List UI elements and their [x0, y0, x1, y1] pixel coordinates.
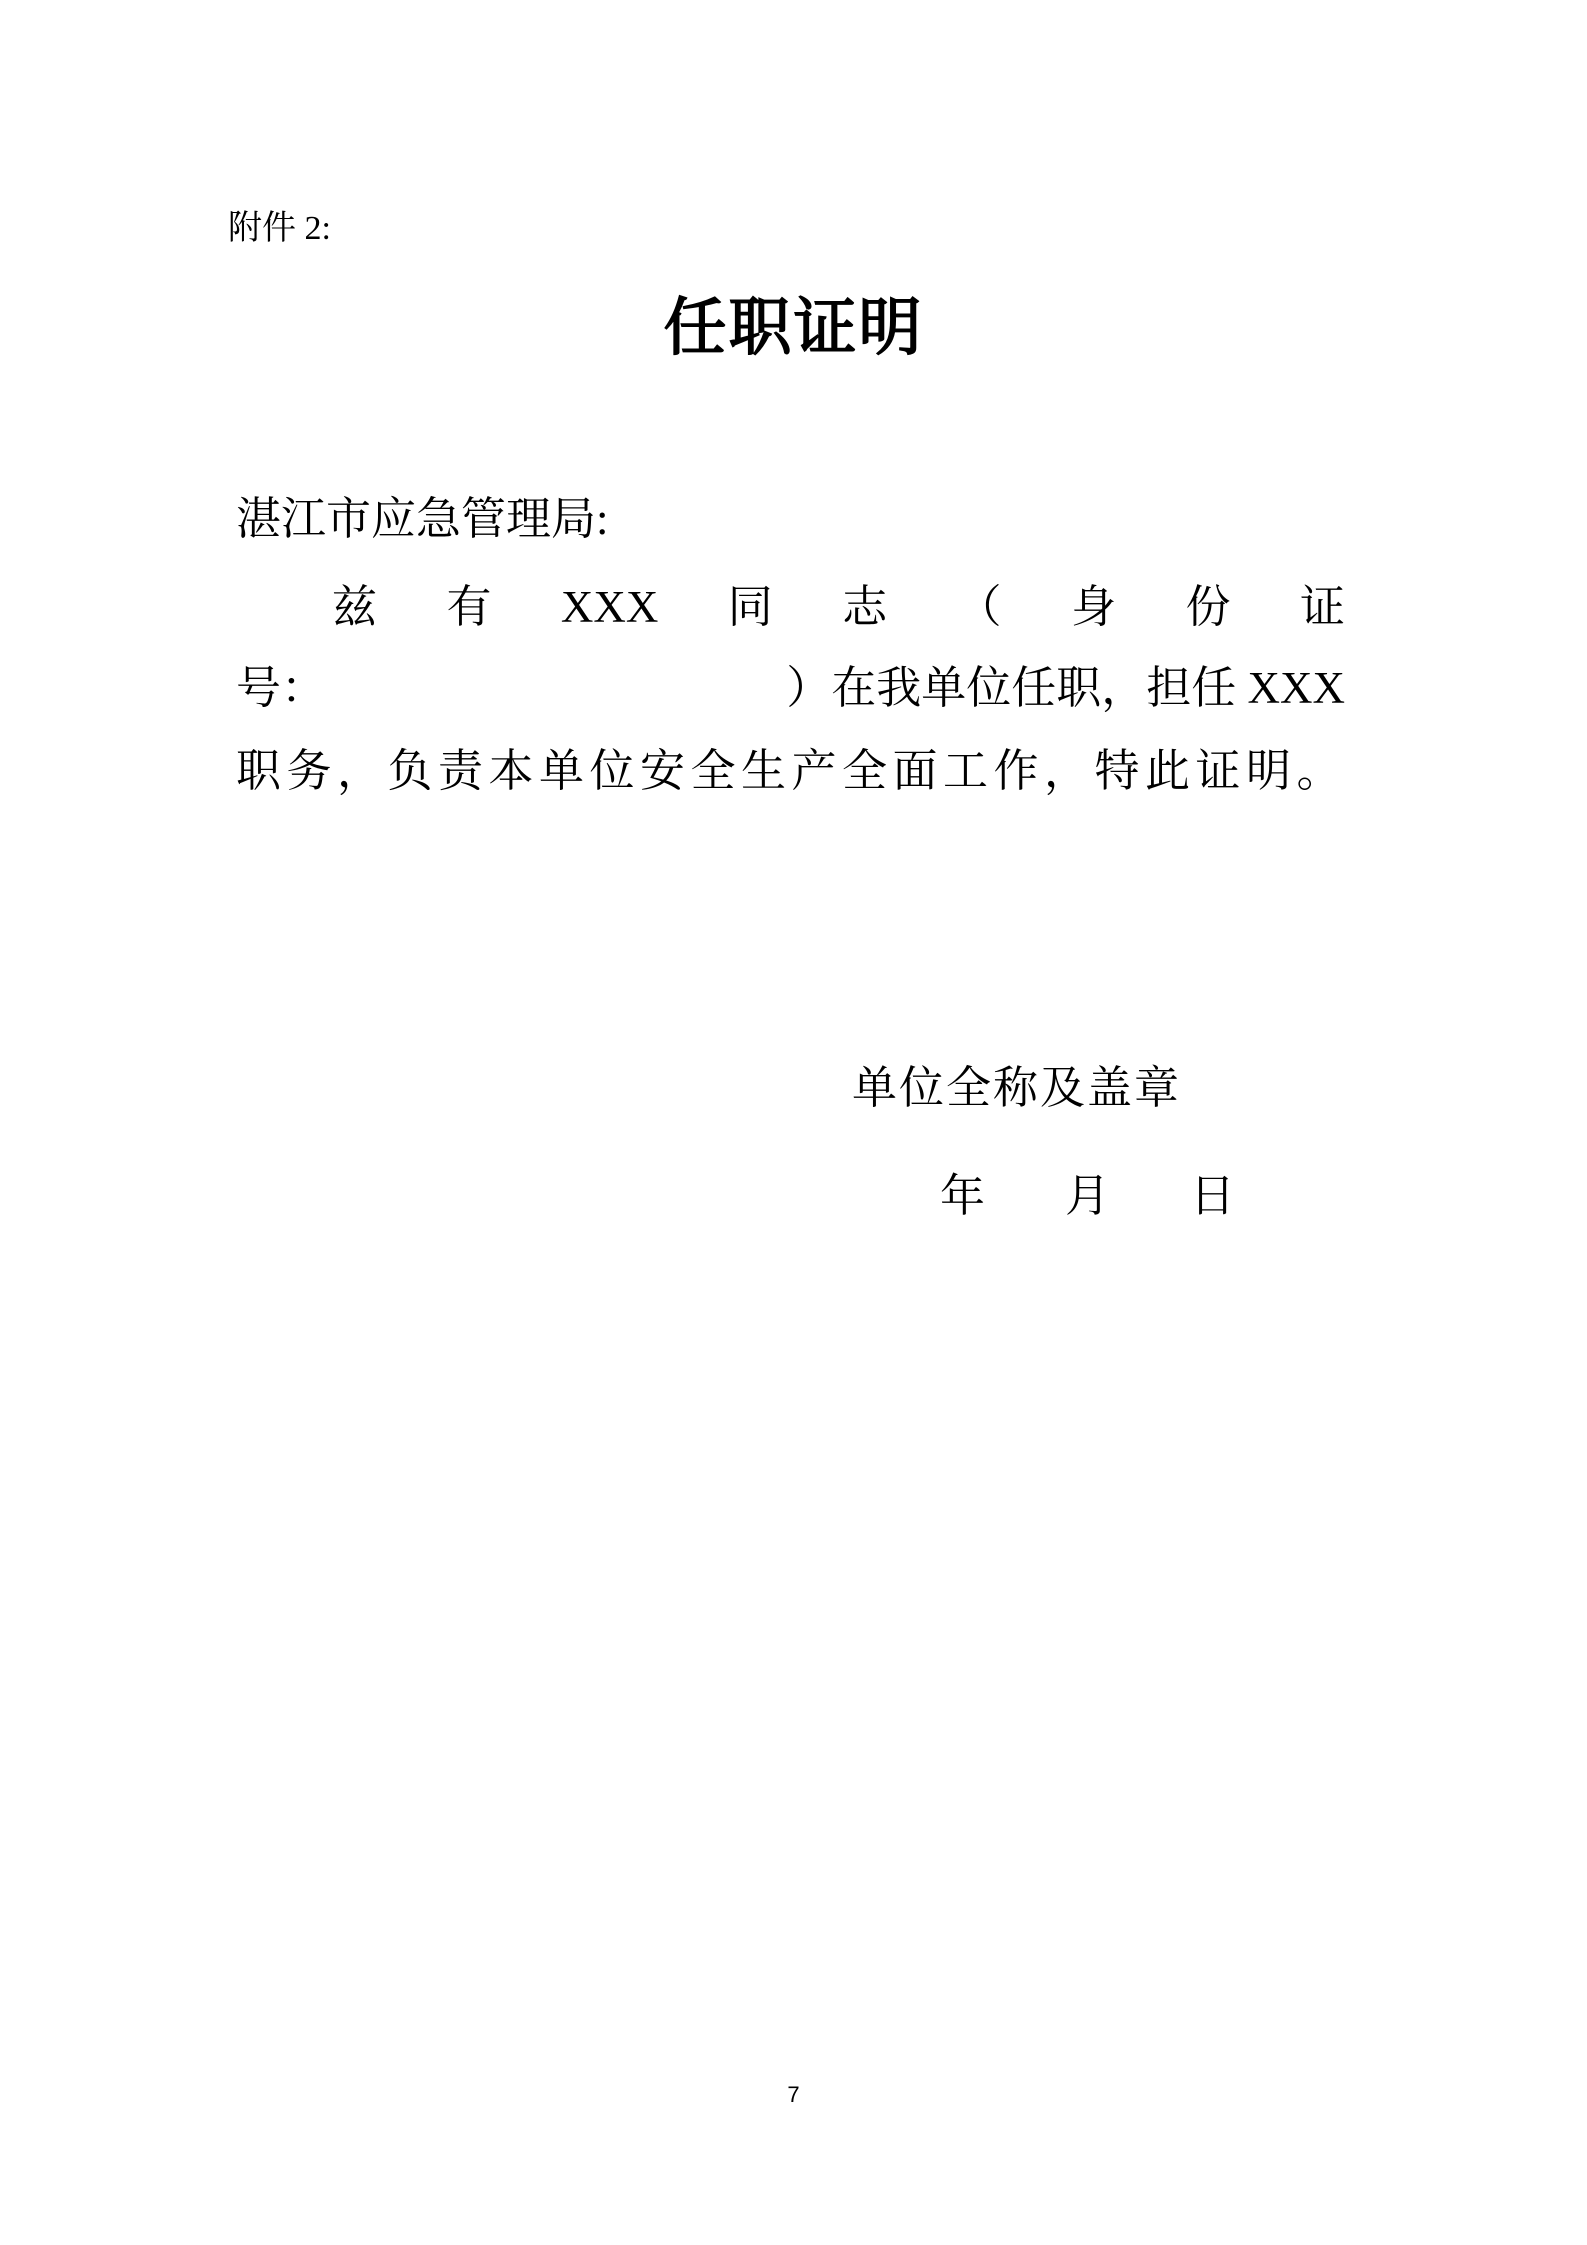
body-line-1-token: 志	[842, 585, 887, 630]
salutation-line: 湛江市应急管理局:	[236, 497, 609, 542]
document-page: 附件 2: 任职证明 湛江市应急管理局: 兹有XXX同志（身份证 号： ）在我单…	[0, 0, 1587, 2245]
date-token: 年	[940, 1174, 985, 1219]
body-line-1-token: （	[957, 585, 1002, 630]
body-line-1-token: 兹	[332, 585, 377, 630]
attachment-label: 附件 2:	[228, 212, 331, 246]
body-line-1: 兹有XXX同志（身份证	[332, 585, 1345, 630]
id-number-label: 号：	[236, 666, 326, 711]
body-line-1-token: 有	[446, 585, 491, 630]
body-line-1-token: 同	[728, 585, 773, 630]
body-line-2-continuation: ）在我单位任职，担任 XXX	[786, 666, 1345, 711]
body-line-1-token: XXX	[561, 585, 659, 630]
date-line: 年月日	[940, 1174, 1235, 1219]
page-title: 任职证明	[0, 297, 1587, 360]
body-line-2: 号： ）在我单位任职，担任 XXX	[236, 666, 1345, 711]
body-line-1-token: 证	[1300, 585, 1345, 630]
body-line-3: 职务，负责本单位安全生产全面工作，特此证明。	[236, 749, 1347, 794]
date-token: 日	[1190, 1174, 1235, 1219]
page-number: 7	[0, 2084, 1587, 2106]
date-token: 月	[1065, 1174, 1110, 1219]
body-line-1-token: 身	[1071, 585, 1116, 630]
body-line-1-token: 份	[1186, 585, 1231, 630]
signature-label: 单位全称及盖章	[852, 1066, 1181, 1111]
